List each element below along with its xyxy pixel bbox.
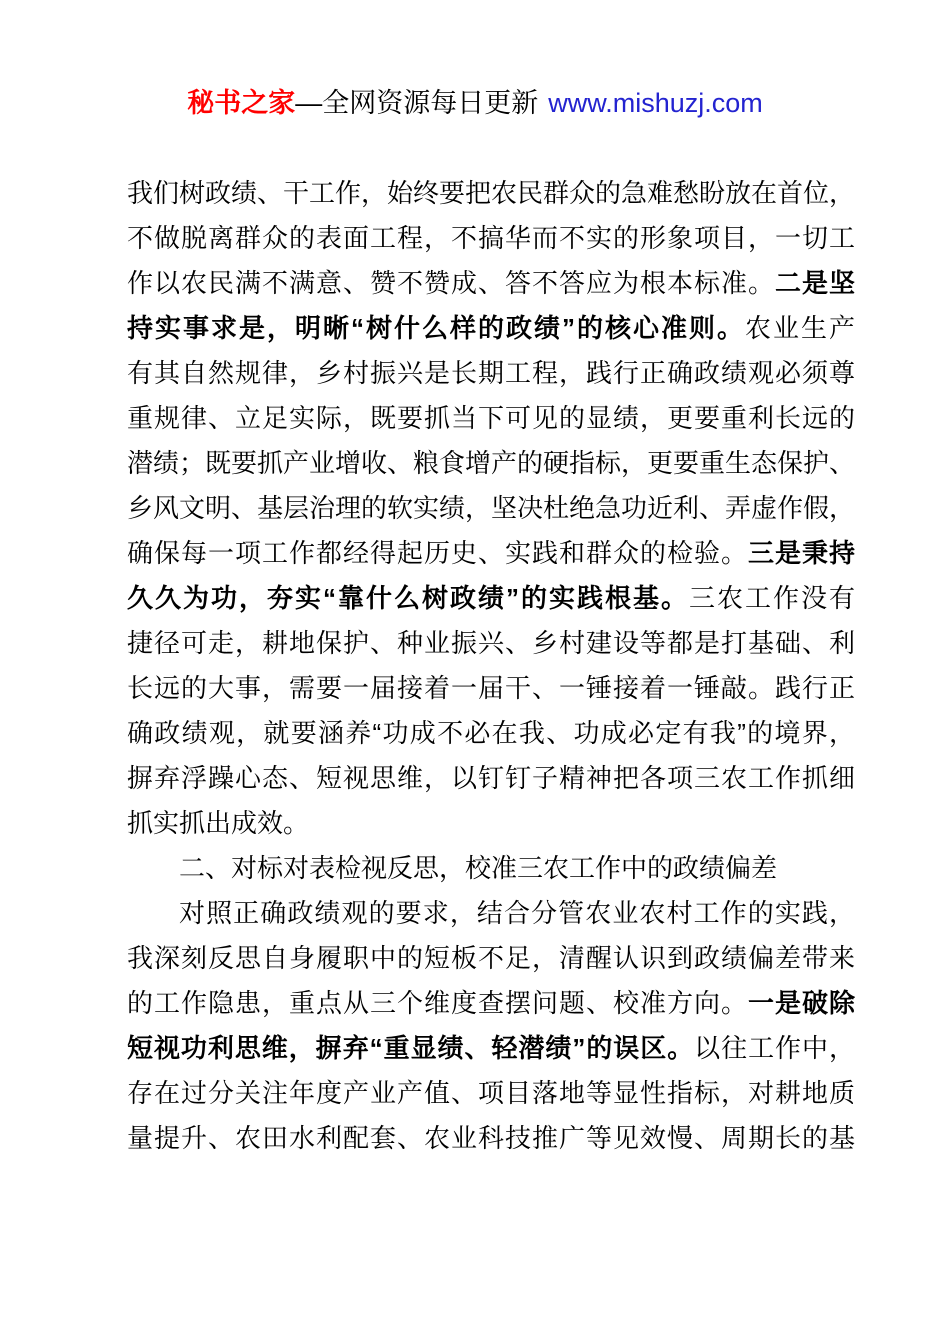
text-segment: 抓实抓出成效。 (127, 808, 309, 838)
bold-text-segment: 持实事求是，明晰“树什么样的政绩”的核心准则。 (127, 313, 745, 343)
text-segment: 长远的大事，需要一届接着一届干、一锤接着一锤敲。践行正 (127, 673, 855, 703)
text-segment: 以往工作中， (694, 1033, 855, 1063)
text-line: 抓实抓出成效。 (127, 801, 855, 846)
text-segment: 捷径可走，耕地保护、种业振兴、乡村建设等都是打基础、利 (127, 628, 855, 658)
text-line: 的工作隐患，重点从三个维度查摆问题、校准方向。一是破除 (127, 981, 855, 1026)
page-header: 秘书之家—全网资源每日更新www.mishuzj.com (0, 86, 950, 120)
site-name: 秘书之家 (187, 88, 295, 118)
text-line: 我深刻反思自身履职中的短板不足，清醒认识到政绩偏差带来 (127, 936, 855, 981)
text-line: 存在过分关注年度产业产值、项目落地等显性指标，对耕地质 (127, 1071, 855, 1116)
text-line: 量提升、农田水利配套、农业科技推广等见效慢、周期长的基 (127, 1116, 855, 1161)
text-segment: 潜绩；既要抓产业增收、粮食增产的硬指标，更要重生态保护、 (127, 448, 855, 478)
text-line: 确政绩观，就要涵养“功成不必在我、功成必定有我”的境界， (127, 711, 855, 756)
text-segment: 作以农民满不满意、赞不赞成、答不答应为根本标准。 (127, 268, 775, 298)
text-line: 乡风文明、基层治理的软实绩，坚决杜绝急功近利、弄虚作假， (127, 486, 855, 531)
text-line: 摒弃浮躁心态、短视思维，以钉钉子精神把各项三农工作抓细 (127, 756, 855, 801)
text-segment: 确政绩观，就要涵养“功成不必在我、功成必定有我”的境界， (127, 718, 855, 748)
text-segment: 农业生产 (745, 313, 855, 343)
text-segment: 摒弃浮躁心态、短视思维，以钉钉子精神把各项三农工作抓细 (127, 763, 855, 793)
text-line: 对照正确政绩观的要求，结合分管农业农村工作的实践， (127, 891, 855, 936)
text-segment: 量提升、农田水利配套、农业科技推广等见效慢、周期长的基 (127, 1123, 855, 1153)
bold-text-segment: 二是坚 (775, 268, 855, 298)
bold-text-segment: 久久为功，夯实“靠什么树政绩”的实践根基。 (127, 583, 689, 613)
text-line: 短视功利思维，摒弃“重显绩、轻潜绩”的误区。以往工作中， (127, 1026, 855, 1071)
text-line: 重规律、立足实际，既要抓当下可见的显绩，更要重利长远的 (127, 396, 855, 441)
text-segment: 有其自然规律，乡村振兴是长期工程，践行正确政绩观必须尊 (127, 358, 855, 388)
bold-text-segment: 短视功利思维，摒弃“重显绩、轻潜绩”的误区。 (127, 1033, 694, 1063)
text-line: 久久为功，夯实“靠什么树政绩”的实践根基。三农工作没有 (127, 576, 855, 621)
header-tagline: 全网资源每日更新 (322, 88, 538, 118)
text-segment: 对照正确政绩观的要求，结合分管农业农村工作的实践， (179, 898, 855, 928)
text-segment: 我们树政绩、干工作，始终要把农民群众的急难愁盼放在首位， (127, 178, 855, 208)
text-line: 确保每一项工作都经得起历史、实践和群众的检验。三是秉持 (127, 531, 855, 576)
text-segment: 三农工作没有 (689, 583, 855, 613)
text-line: 长远的大事，需要一届接着一届干、一锤接着一锤敲。践行正 (127, 666, 855, 711)
document-body: 我们树政绩、干工作，始终要把农民群众的急难愁盼放在首位，不做脱离群众的表面工程，… (127, 171, 855, 1161)
text-segment: 的工作隐患，重点从三个维度查摆问题、校准方向。 (127, 988, 748, 1018)
text-line: 不做脱离群众的表面工程，不搞华而不实的形象项目，一切工 (127, 216, 855, 261)
text-segment: 存在过分关注年度产业产值、项目落地等显性指标，对耕地质 (127, 1078, 855, 1108)
text-segment: 乡风文明、基层治理的软实绩，坚决杜绝急功近利、弄虚作假， (127, 493, 855, 523)
text-line: 有其自然规律，乡村振兴是长期工程，践行正确政绩观必须尊 (127, 351, 855, 396)
text-line: 作以农民满不满意、赞不赞成、答不答应为根本标准。二是坚 (127, 261, 855, 306)
section-heading: 二、对标对表检视反思，校准三农工作中的政绩偏差 (127, 846, 855, 891)
text-line: 我们树政绩、干工作，始终要把农民群众的急难愁盼放在首位， (127, 171, 855, 216)
text-line: 持实事求是，明晰“树什么样的政绩”的核心准则。农业生产 (127, 306, 855, 351)
header-dash: — (295, 88, 322, 118)
text-segment: 我深刻反思自身履职中的短板不足，清醒认识到政绩偏差带来 (127, 943, 855, 973)
text-segment: 二、对标对表检视反思，校准三农工作中的政绩偏差 (179, 853, 777, 883)
bold-text-segment: 三是秉持 (748, 538, 855, 568)
text-line: 捷径可走，耕地保护、种业振兴、乡村建设等都是打基础、利 (127, 621, 855, 666)
document-page: 秘书之家—全网资源每日更新www.mishuzj.com 我们树政绩、干工作，始… (0, 0, 950, 1344)
text-line: 潜绩；既要抓产业增收、粮食增产的硬指标，更要重生态保护、 (127, 441, 855, 486)
site-url-link[interactable]: www.mishuzj.com (548, 88, 763, 118)
text-segment: 不做脱离群众的表面工程，不搞华而不实的形象项目，一切工 (127, 223, 855, 253)
text-segment: 确保每一项工作都经得起历史、实践和群众的检验。 (127, 538, 748, 568)
bold-text-segment: 一是破除 (748, 988, 855, 1018)
text-segment: 重规律、立足实际，既要抓当下可见的显绩，更要重利长远的 (127, 403, 855, 433)
